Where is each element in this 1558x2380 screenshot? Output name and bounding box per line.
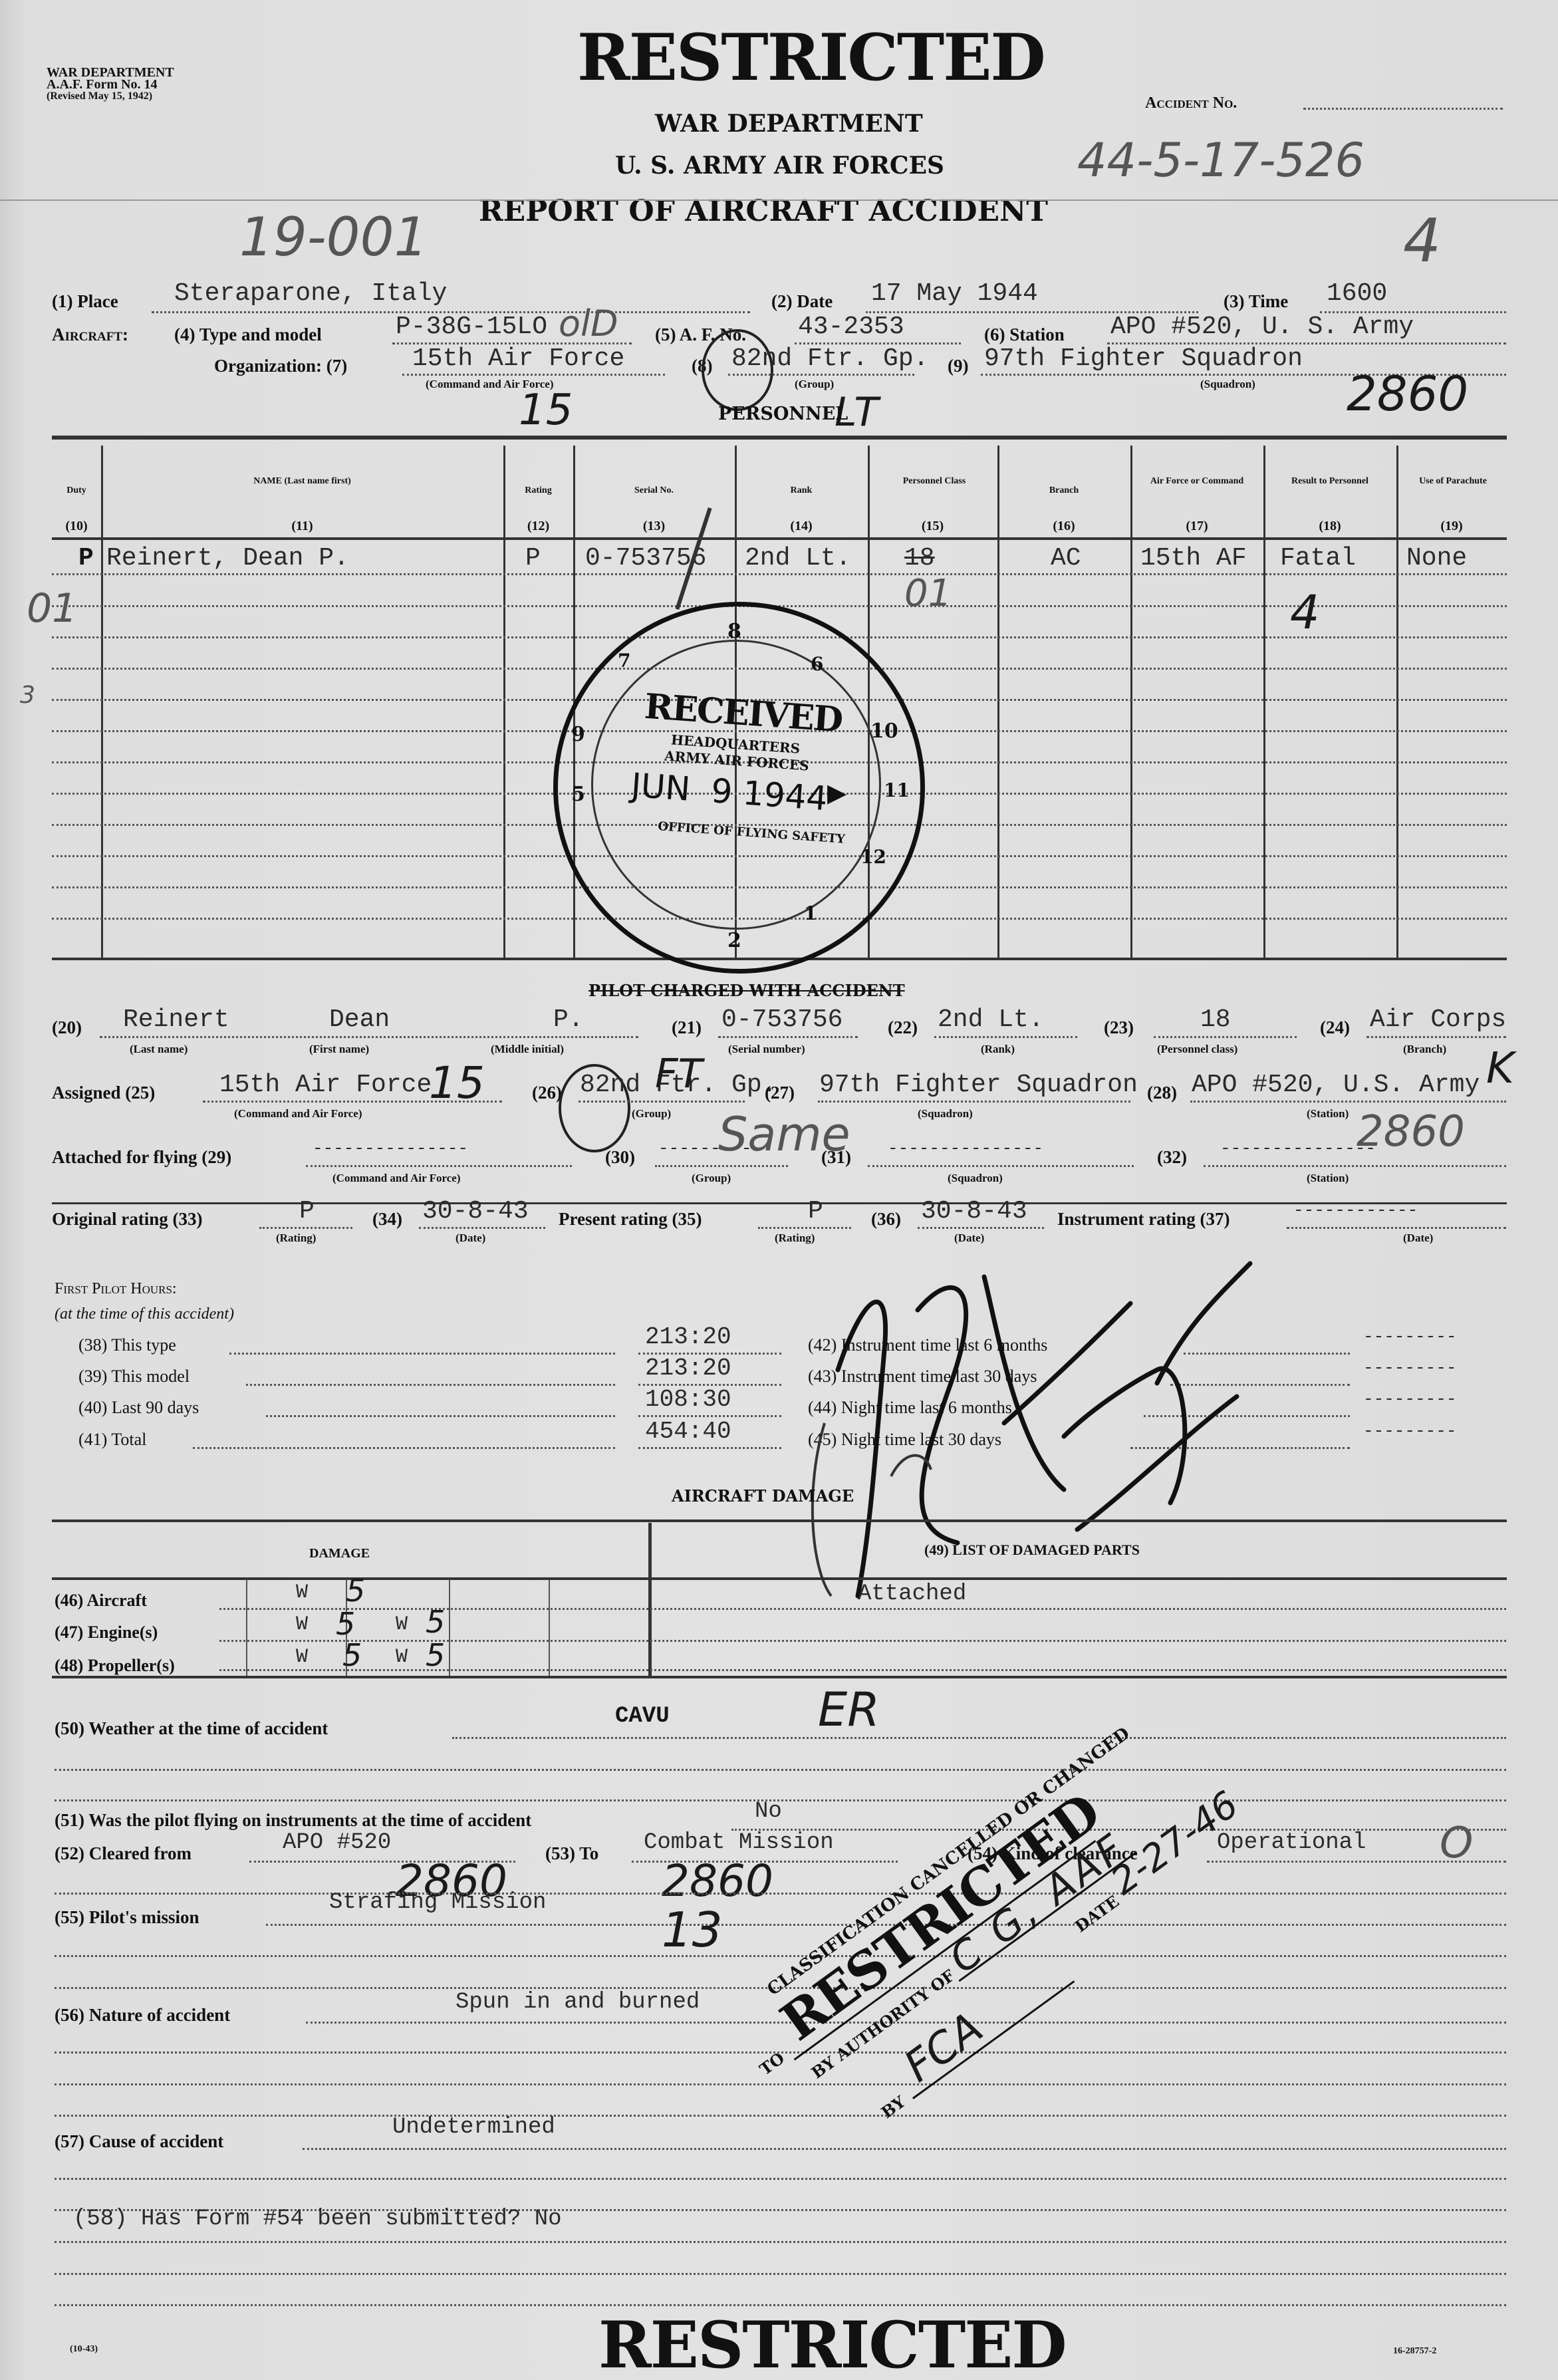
cap-instrument-date: (Date)	[1403, 1232, 1433, 1245]
col-num: (18)	[1263, 519, 1396, 534]
form-id: WAR DEPARTMENT A.A.F. Form No. 14 (Revis…	[47, 66, 174, 102]
document-page: RESTRICTED WAR DEPARTMENT A.A.F. Form No…	[0, 0, 1558, 2380]
f21-label: (21)	[672, 1017, 702, 1038]
pilot-first-name: Dean	[329, 1005, 390, 1034]
damage-row-label: (46) Aircraft	[55, 1591, 147, 1611]
cleared-label: (52) Cleared from	[55, 1843, 192, 1864]
cell-result: Fatal	[1280, 544, 1356, 573]
attached-af: ---------------	[313, 1138, 468, 1158]
triangle-icon: ▶	[827, 778, 846, 808]
pilot-branch: Air Corps	[1370, 1005, 1506, 1034]
assigned-af: 15th Air Force	[219, 1071, 432, 1099]
damage-row-label: (48) Propeller(s)	[55, 1656, 175, 1676]
f23-label: (23)	[1104, 1017, 1134, 1038]
cell-parachute: None	[1406, 544, 1467, 573]
pilot-serial: 0-753756	[721, 1005, 843, 1034]
f34-label: (34)	[372, 1209, 402, 1230]
ring-number: 2	[727, 929, 741, 952]
instrument-rating-line	[1287, 1227, 1506, 1229]
cell-name: Reinert, Dean P.	[106, 544, 349, 573]
class-line	[1154, 1036, 1297, 1038]
instrument-rating-label: Instrument rating (37)	[1057, 1209, 1230, 1230]
handwritten-mark: 4	[1403, 206, 1441, 276]
cap-assigned-af: (Command and Air Force)	[234, 1107, 362, 1121]
hours-line	[229, 1353, 615, 1355]
assigned-group-line	[579, 1101, 745, 1103]
hours-subtitle: (at the time of this accident)	[55, 1305, 234, 1323]
serial-line	[718, 1036, 858, 1038]
ring-number: 12	[860, 846, 886, 868]
ring-number: 7	[618, 650, 630, 672]
form54-value: (58) Has Form #54 been submitted? No	[73, 2206, 562, 2232]
rule-line	[55, 1893, 1506, 1895]
damage-c2: 5	[342, 1637, 362, 1673]
ring-number: 10	[870, 720, 898, 743]
damage-c3: W	[396, 1613, 408, 1636]
assigned-label: Assigned (25)	[52, 1083, 155, 1103]
damage-col	[246, 1579, 247, 1676]
hand-13: 13	[662, 1902, 723, 1958]
f22-label: (22)	[888, 1017, 918, 1038]
branch-line	[1366, 1036, 1506, 1038]
f30-label: (30)	[605, 1147, 635, 1168]
squadron-value: 97th Fighter Squadron	[984, 344, 1303, 373]
damage-line	[219, 1640, 1506, 1642]
ring-number: 5	[571, 783, 585, 806]
rule-line	[55, 2273, 1506, 2275]
damage-title: AIRCRAFT DAMAGE	[672, 1486, 854, 1506]
time-value: 1600	[1327, 279, 1387, 308]
table-header-border	[52, 537, 1507, 540]
type-hand-note: olD	[559, 303, 618, 344]
rule-line	[55, 2304, 1506, 2306]
hand-3: 3	[20, 682, 35, 709]
org-af-line	[402, 374, 665, 376]
date-value: 17 May 1944	[871, 279, 1038, 308]
damage-c4: 5	[426, 1637, 445, 1673]
pilot-middle: P.	[553, 1005, 584, 1034]
cap-orig-date: (Date)	[455, 1232, 485, 1245]
instruments-value: No	[755, 1799, 782, 1824]
hours-value: 108:30	[645, 1386, 731, 1413]
hours-value: 454:40	[645, 1418, 731, 1445]
handwritten-ref: 19-001	[239, 206, 428, 268]
hours-label: (40) Last 90 days	[78, 1398, 199, 1418]
hours-value-line	[638, 1384, 781, 1386]
attached-station-line	[1204, 1165, 1506, 1167]
type-value: P-38G-15LO	[396, 313, 547, 341]
rule-line	[55, 1955, 1506, 1957]
hand-01-class: 01	[904, 572, 952, 615]
organization-label: Organization: (7)	[214, 356, 347, 376]
footer-left-code: (10-43)	[70, 2344, 98, 2355]
cap-present-rating: (Rating)	[775, 1232, 815, 1245]
damage-header-border	[52, 1577, 1507, 1580]
present-rating-label: Present rating (35)	[559, 1209, 702, 1230]
cap-assigned-squadron: (Squadron)	[918, 1107, 973, 1121]
hours-line	[193, 1447, 615, 1449]
group-value: 82nd Ftr. Gp.	[731, 344, 928, 373]
received-stamp: RECEIVED HEADQUARTERS ARMY AIR FORCES JU…	[553, 602, 925, 974]
declass-to: TO	[756, 2048, 788, 2079]
col-header-name: NAME (Last name first)	[101, 476, 503, 487]
pilot-section-title: PILOT CHARGED WITH ACCIDENT	[588, 981, 905, 1000]
damage-c1: W	[296, 1646, 308, 1668]
nature-label: (56) Nature of accident	[55, 2005, 230, 2026]
col-num: (15)	[868, 519, 997, 534]
footer-right-code: 16-28757-2	[1393, 2346, 1436, 2357]
f26-label: (26)	[532, 1083, 562, 1103]
col-header-parachute: Use of Parachute	[1403, 476, 1503, 487]
col-num: (14)	[735, 519, 868, 534]
cap-assigned-group: (Group)	[632, 1107, 671, 1121]
org-af-value: 15th Air Force	[412, 344, 624, 373]
damage-c2: 5	[336, 1606, 355, 1642]
pilot-rank: 2nd Lt.	[938, 1005, 1044, 1034]
hours-value: 213:20	[645, 1355, 731, 1382]
orig-date: 30-8-43	[422, 1197, 529, 1226]
cap-serial: (Serial number)	[728, 1043, 805, 1056]
damage-header: DAMAGE	[309, 1546, 370, 1561]
accident-no-line	[1303, 108, 1503, 110]
attached-squadron-line	[868, 1165, 1134, 1167]
declassification-stamp: CLASSIFICATION CANCELLED OR CHANGED TO R…	[640, 1644, 1309, 2181]
parts-header: (49) LIST OF DAMAGED PARTS	[924, 1541, 1140, 1559]
dept-title: WAR DEPARTMENT	[655, 110, 923, 138]
assigned-squadron: 97th Fighter Squadron	[819, 1071, 1138, 1099]
present-date: 30-8-43	[921, 1197, 1027, 1226]
hours-value: 213:20	[645, 1323, 731, 1351]
table-top-border	[52, 436, 1507, 440]
hours-label: (39) This model	[78, 1367, 190, 1387]
date-label: (2) Date	[771, 291, 833, 312]
attached-af-line	[306, 1165, 572, 1167]
pilot-class: 18	[1200, 1005, 1231, 1034]
present-rating-line	[758, 1227, 851, 1229]
ring-number: 8	[727, 620, 741, 643]
weather-label: (50) Weather at the time of accident	[55, 1718, 328, 1739]
row-line	[52, 573, 1507, 575]
col-header-serial: Serial No.	[573, 485, 735, 496]
personnel-title: PERSONNEL	[718, 404, 848, 424]
col-num: (10)	[52, 519, 101, 534]
damage-col	[449, 1579, 450, 1676]
instruments-label: (51) Was the pilot flying on instruments…	[55, 1810, 531, 1831]
hand-same: Same	[718, 1107, 850, 1162]
declass-by: BY	[878, 2092, 909, 2122]
hand-er: ER	[818, 1682, 880, 1737]
cell-command: 15th AF	[1140, 544, 1247, 573]
damage-top-border	[52, 1520, 1507, 1522]
weather-value: CAVU	[615, 1704, 670, 1729]
damage-c1: W	[296, 1581, 308, 1604]
cap-attached-group: (Group)	[692, 1172, 731, 1185]
cell-branch: AC	[1051, 544, 1081, 573]
declass-restricted: RESTRICTED	[770, 1782, 1110, 2053]
hours-title: First Pilot Hours:	[55, 1280, 177, 1298]
col-num: (13)	[573, 519, 735, 534]
hours-value-line	[638, 1447, 781, 1449]
hours-label: (38) This type	[78, 1335, 176, 1355]
ring-number: 6	[811, 653, 823, 675]
f36-label: (36)	[871, 1209, 901, 1230]
hand-4-result: 4	[1290, 585, 1320, 640]
damage-c1: W	[296, 1613, 308, 1636]
nature-value: Spun in and burned	[455, 1990, 700, 2015]
place-value: Steraparone, Italy	[174, 279, 447, 308]
cap-rank: (Rank)	[981, 1043, 1015, 1056]
hand-2860-b: 2860	[662, 1855, 773, 1907]
pilot-last-name: Reinert	[123, 1005, 229, 1034]
group-line	[728, 374, 914, 376]
accident-no-handwritten: 44-5-17-526	[1077, 133, 1364, 188]
f24-label: (24)	[1320, 1017, 1350, 1038]
f20-label: (20)	[52, 1017, 82, 1038]
cell-rank: 2nd Lt.	[745, 544, 851, 573]
af-no-value: 43-2353	[798, 313, 904, 341]
damage-row-label: (47) Engine(s)	[55, 1623, 158, 1643]
accident-no-label: Accident No.	[1145, 94, 1237, 112]
cap-class: (Personnel class)	[1157, 1043, 1237, 1056]
cap-attached-af: (Command and Air Force)	[332, 1172, 461, 1185]
col-num: (19)	[1396, 519, 1507, 534]
rule-line	[55, 2241, 1506, 2243]
cap-assigned-station: (Station)	[1307, 1107, 1349, 1121]
cap-first: (First name)	[309, 1043, 369, 1056]
mission-label: (55) Pilot's mission	[55, 1907, 199, 1928]
service-title: U. S. ARMY AIR FORCES	[615, 152, 944, 180]
type-label: (4) Type and model	[174, 325, 322, 345]
cap-attached-station: (Station)	[1307, 1172, 1349, 1185]
f32-label: (32)	[1157, 1147, 1187, 1168]
f27-label: (27)	[765, 1083, 795, 1103]
station-label: (6) Station	[984, 325, 1065, 345]
damage-c3: W	[396, 1646, 408, 1668]
rating-border	[52, 1202, 1507, 1204]
col-header-branch: Branch	[997, 485, 1130, 496]
cell-class: 18	[904, 544, 935, 573]
to-label: (53) To	[545, 1843, 598, 1864]
hand-o: O	[1440, 1819, 1473, 1868]
assigned-squadron-line	[818, 1101, 1130, 1103]
hand-k: K	[1486, 1044, 1514, 1093]
hand-01-left: 01	[27, 585, 77, 632]
rank-line	[934, 1036, 1077, 1038]
col-header-result: Result to Personnel	[1270, 476, 1390, 487]
orig-rating-label: Original rating (33)	[52, 1209, 202, 1230]
hours-value-line	[638, 1353, 781, 1355]
damage-c2: 5	[346, 1573, 365, 1609]
hours-line	[266, 1415, 615, 1417]
hand-15-assigned: 15	[429, 1057, 485, 1109]
col-num: (16)	[997, 519, 1130, 534]
form-id-number: A.A.F. Form No. 14	[47, 78, 174, 90]
ring-number: 11	[884, 779, 910, 801]
damage-line	[219, 1608, 1506, 1610]
group-caption: (Group)	[795, 378, 834, 391]
col-header-rank: Rank	[735, 485, 868, 496]
cause-line	[303, 2148, 1506, 2150]
declass-by-hand: FCA	[896, 2003, 992, 2092]
damage-col	[549, 1579, 550, 1676]
parts-value: Attached	[858, 1581, 966, 1607]
damage-line	[219, 1669, 1506, 1671]
present-rating: P	[808, 1197, 823, 1226]
name-line	[100, 1036, 638, 1038]
damage-divider	[648, 1523, 652, 1676]
cap-middle: (Middle initial)	[491, 1043, 564, 1056]
weather-line	[452, 1737, 1506, 1739]
divider	[0, 199, 1558, 201]
assigned-station: APO #520, U.S. Army	[1192, 1071, 1480, 1099]
hand-15: 15	[519, 386, 573, 435]
aircraft-label: Aircraft:	[52, 325, 128, 345]
cap-branch: (Branch)	[1403, 1043, 1446, 1056]
hand-2860-attached: 2860	[1357, 1107, 1465, 1156]
hours-line	[246, 1384, 615, 1386]
assigned-station-line	[1190, 1101, 1506, 1103]
hours-label: (41) Total	[78, 1430, 146, 1450]
squadron-label: (9)	[948, 356, 968, 376]
cause-label: (57) Cause of accident	[55, 2131, 223, 2152]
col-num: (17)	[1130, 519, 1263, 534]
hours-value-line	[638, 1415, 781, 1417]
cap-orig-rating: (Rating)	[276, 1232, 316, 1245]
attached-group-line	[655, 1165, 788, 1167]
cell-rating: P	[525, 544, 541, 573]
cap-attached-squadron: (Squadron)	[948, 1172, 1003, 1185]
f28-label: (28)	[1147, 1083, 1177, 1103]
hand-2860: 2860	[1347, 366, 1468, 422]
attached-squadron: ---------------	[888, 1138, 1043, 1158]
col-num: (11)	[101, 519, 503, 534]
col-header-rating: Rating	[503, 485, 573, 496]
classification-top: RESTRICTED	[577, 20, 1045, 95]
mission-value: Strafing Mission	[329, 1890, 546, 1915]
orig-rating-line	[259, 1227, 352, 1229]
hand-ft: FT	[655, 1051, 702, 1097]
col-header-class: Personnel Class	[881, 476, 987, 487]
station-value: APO #520, U. S. Army	[1110, 313, 1414, 341]
cap-last: (Last name)	[130, 1043, 188, 1056]
classification-bottom: RESTRICTED	[598, 2308, 1066, 2380]
damage-bottom-border	[52, 1676, 1507, 1678]
present-date-line	[918, 1227, 1044, 1229]
place-label: (1) Place	[52, 291, 118, 312]
to-value: Combat Mission	[644, 1830, 834, 1855]
attached-station: ---------------	[1220, 1138, 1376, 1158]
orig-rating: P	[299, 1197, 315, 1226]
col-header-duty: Duty	[52, 485, 101, 496]
ring-number: 9	[571, 723, 585, 746]
ring-number: 1	[804, 902, 817, 924]
rule-line	[55, 2178, 1506, 2180]
instrument-rating: ------------	[1293, 1200, 1418, 1220]
col-header-command: Air Force or Command	[1137, 476, 1257, 487]
cell-duty: P	[78, 544, 94, 573]
cause-value: Undetermined	[392, 2115, 555, 2140]
clearance-value: Operational	[1217, 1830, 1366, 1855]
weather-line-2	[55, 1769, 1506, 1771]
form-id-revised: (Revised May 15, 1942)	[47, 90, 174, 102]
cleared-value: APO #520	[283, 1830, 391, 1855]
cap-present-date: (Date)	[954, 1232, 984, 1245]
col-num: (12)	[503, 519, 573, 534]
orig-date-line	[419, 1227, 545, 1229]
attached-label: Attached for flying (29)	[52, 1147, 231, 1168]
time-label: (3) Time	[1224, 291, 1288, 312]
squadron-caption: (Squadron)	[1200, 378, 1255, 391]
